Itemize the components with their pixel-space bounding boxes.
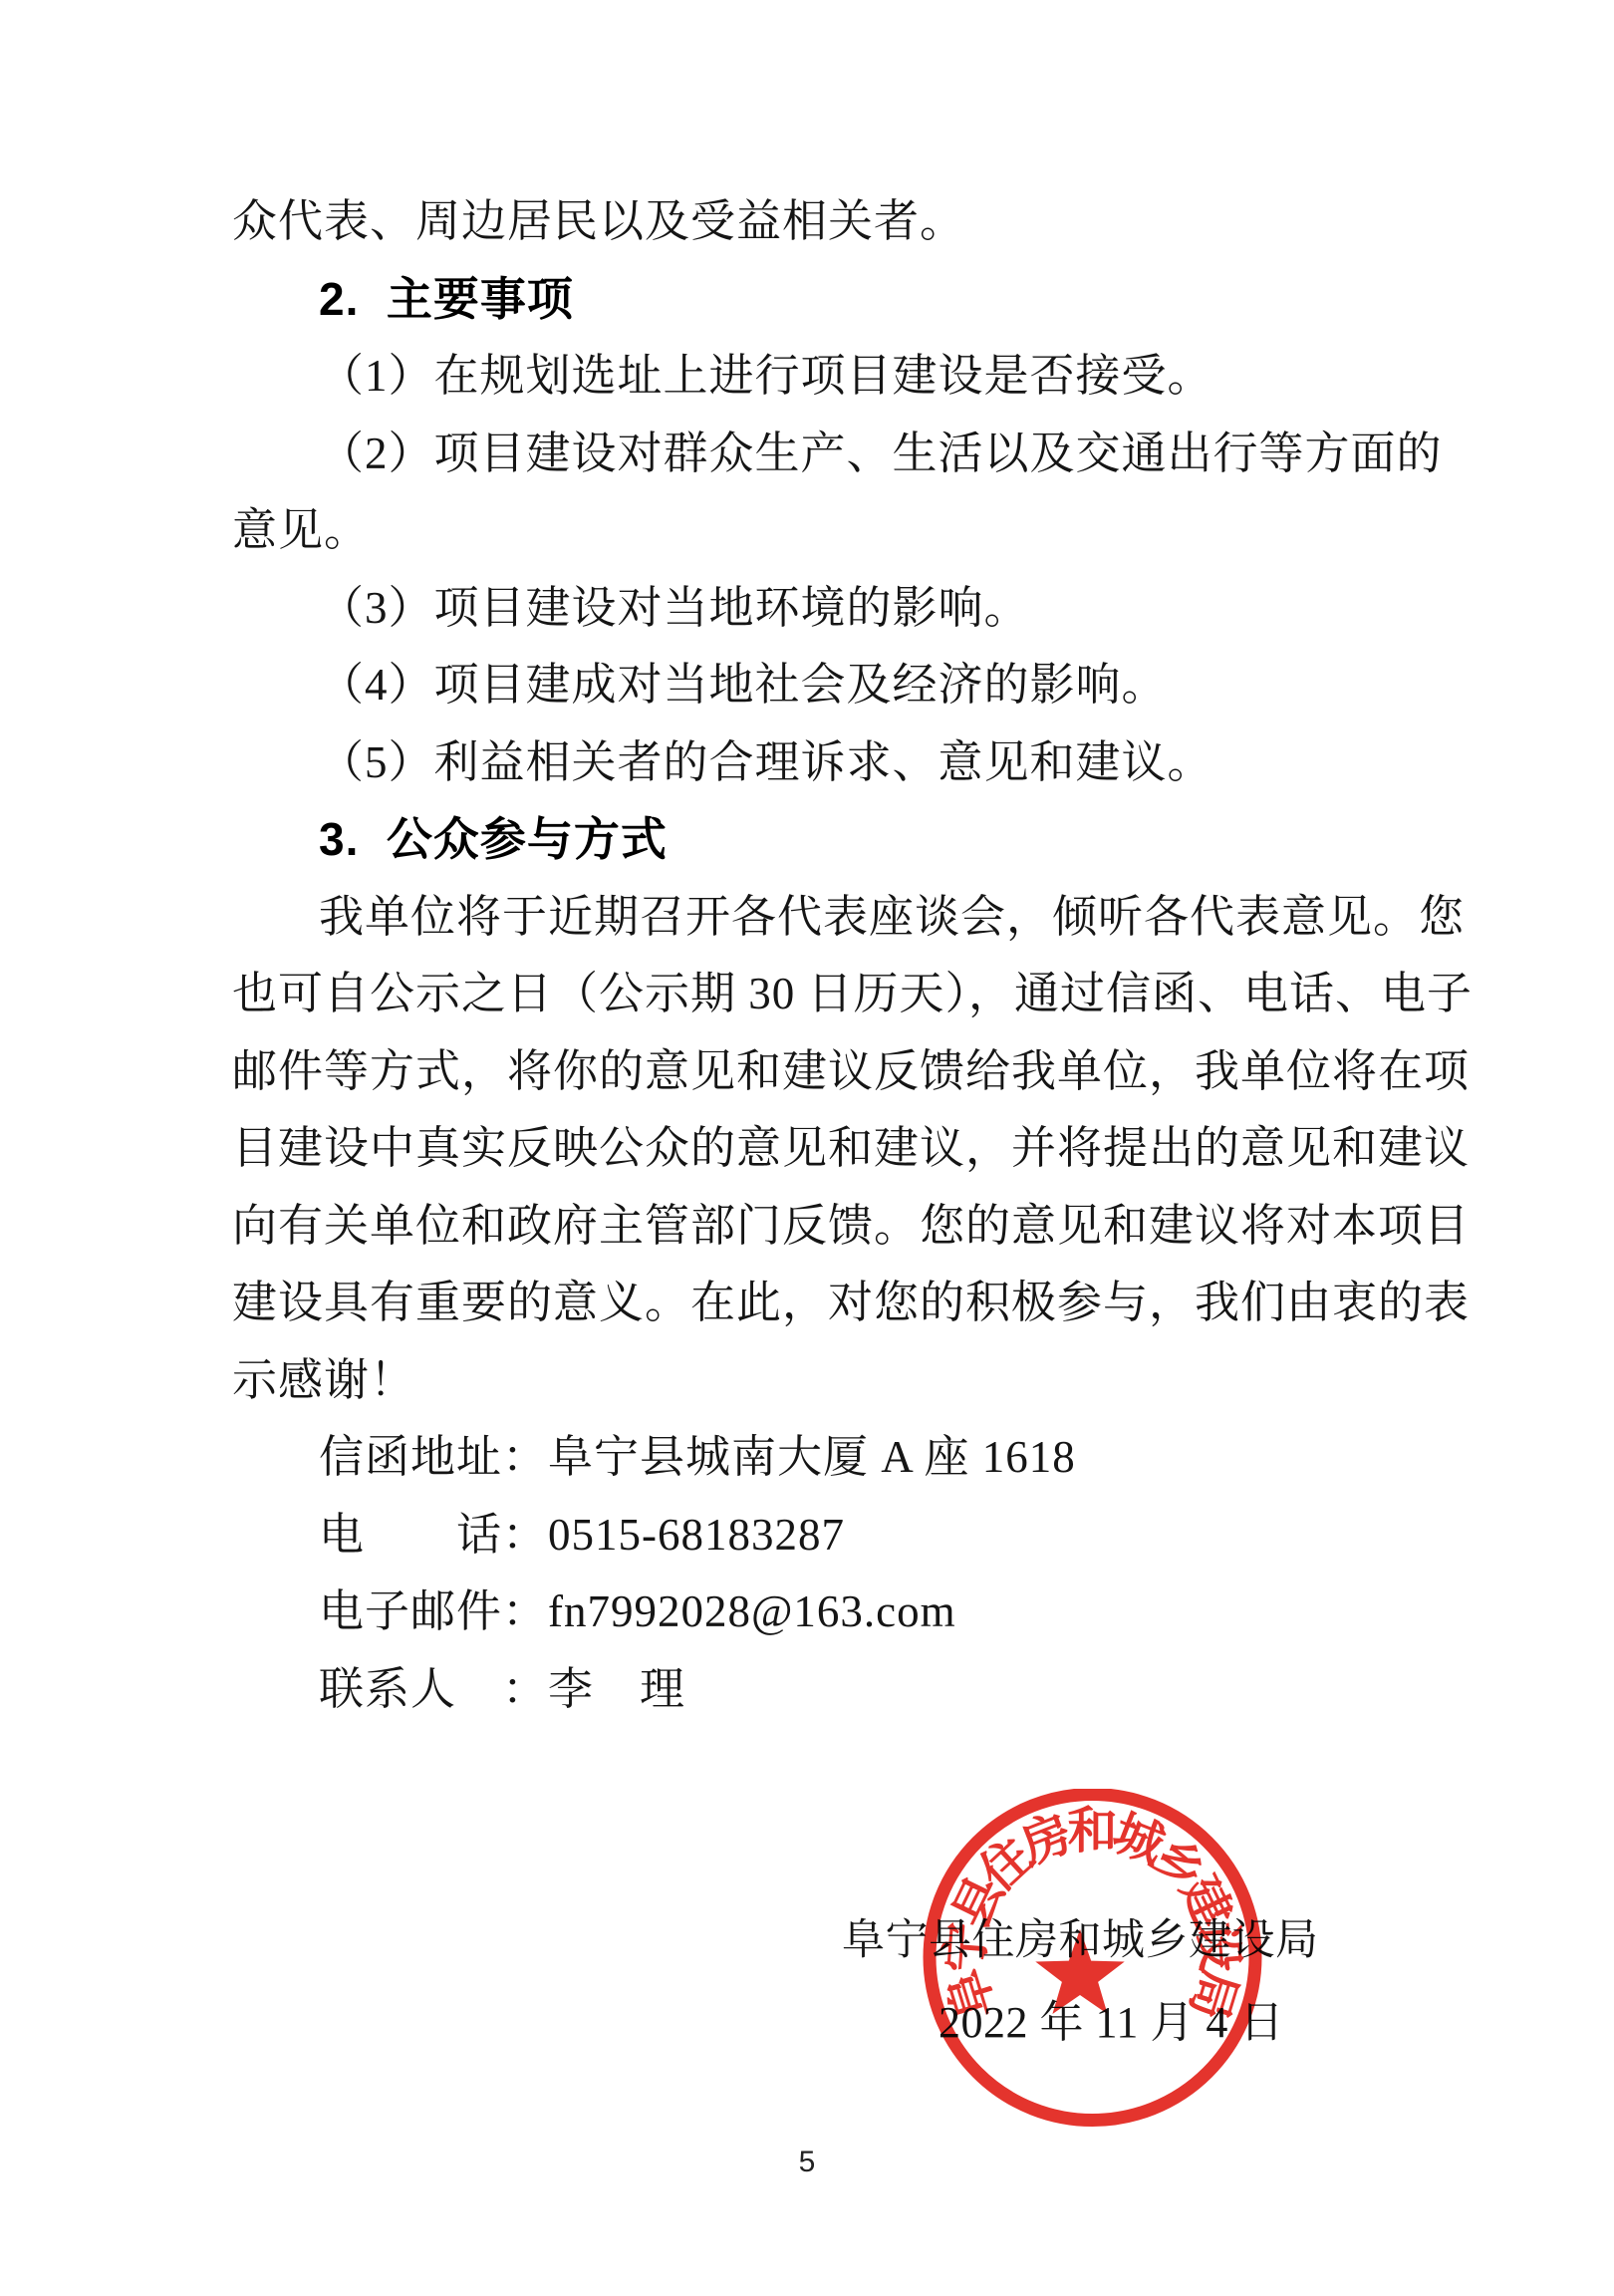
- paragraph-line: 也可自公示之日（公示期 30 日历天），通过信函、电话、电子: [232, 956, 1443, 1033]
- star-icon: [1035, 1929, 1124, 2014]
- document-body: 众代表、周边居民以及受益相关者。 2. 主要事项 （1）在规划选址上进行项目建设…: [232, 183, 1443, 1728]
- official-seal-stamp: 阜宁县住房和城乡建设局: [923, 1789, 1262, 2129]
- list-item-4: （4）项目建成对当地社会及经济的影响。: [232, 647, 1443, 724]
- contact-email: 电子邮件：fn7992028@163.com: [232, 1574, 1443, 1651]
- paragraph-line: 我单位将于近期召开各代表座谈会，倾听各代表意见。您: [232, 879, 1443, 957]
- contact-phone: 电 话：0515-68183287: [232, 1497, 1443, 1575]
- list-item-2-continued: 意见。: [232, 492, 1443, 570]
- page-number: 5: [0, 2146, 1614, 2179]
- list-item-1: （1）在规划选址上进行项目建设是否接受。: [232, 338, 1443, 416]
- paragraph-line: 目建设中真实反映公众的意见和建议，并将提出的意见和建议: [232, 1110, 1443, 1188]
- paragraph-line: 建设具有重要的意义。在此，对您的积极参与，我们由衷的表: [232, 1265, 1443, 1342]
- list-item-2: （2）项目建设对群众生产、生活以及交通出行等方面的: [232, 416, 1443, 493]
- paragraph-line: 众代表、周边居民以及受益相关者。: [232, 183, 1443, 261]
- section-heading-participation: 3. 公众参与方式: [232, 801, 1443, 879]
- list-item-3: （3）项目建设对当地环境的影响。: [232, 570, 1443, 648]
- contact-person: 联系人 ：李 理: [232, 1651, 1443, 1729]
- section-heading-main-items: 2. 主要事项: [232, 261, 1443, 339]
- document-page: 众代表、周边居民以及受益相关者。 2. 主要事项 （1）在规划选址上进行项目建设…: [0, 0, 1614, 2296]
- contact-mail-address: 信函地址：阜宁县城南大厦 A 座 1618: [232, 1419, 1443, 1497]
- paragraph-line: 向有关单位和政府主管部门反馈。您的意见和建议将对本项目: [232, 1188, 1443, 1266]
- paragraph-line: 示感谢！: [232, 1342, 1443, 1420]
- paragraph-line: 邮件等方式，将你的意见和建议反馈给我单位，我单位将在项: [232, 1033, 1443, 1111]
- list-item-5: （5）利益相关者的合理诉求、意见和建议。: [232, 724, 1443, 802]
